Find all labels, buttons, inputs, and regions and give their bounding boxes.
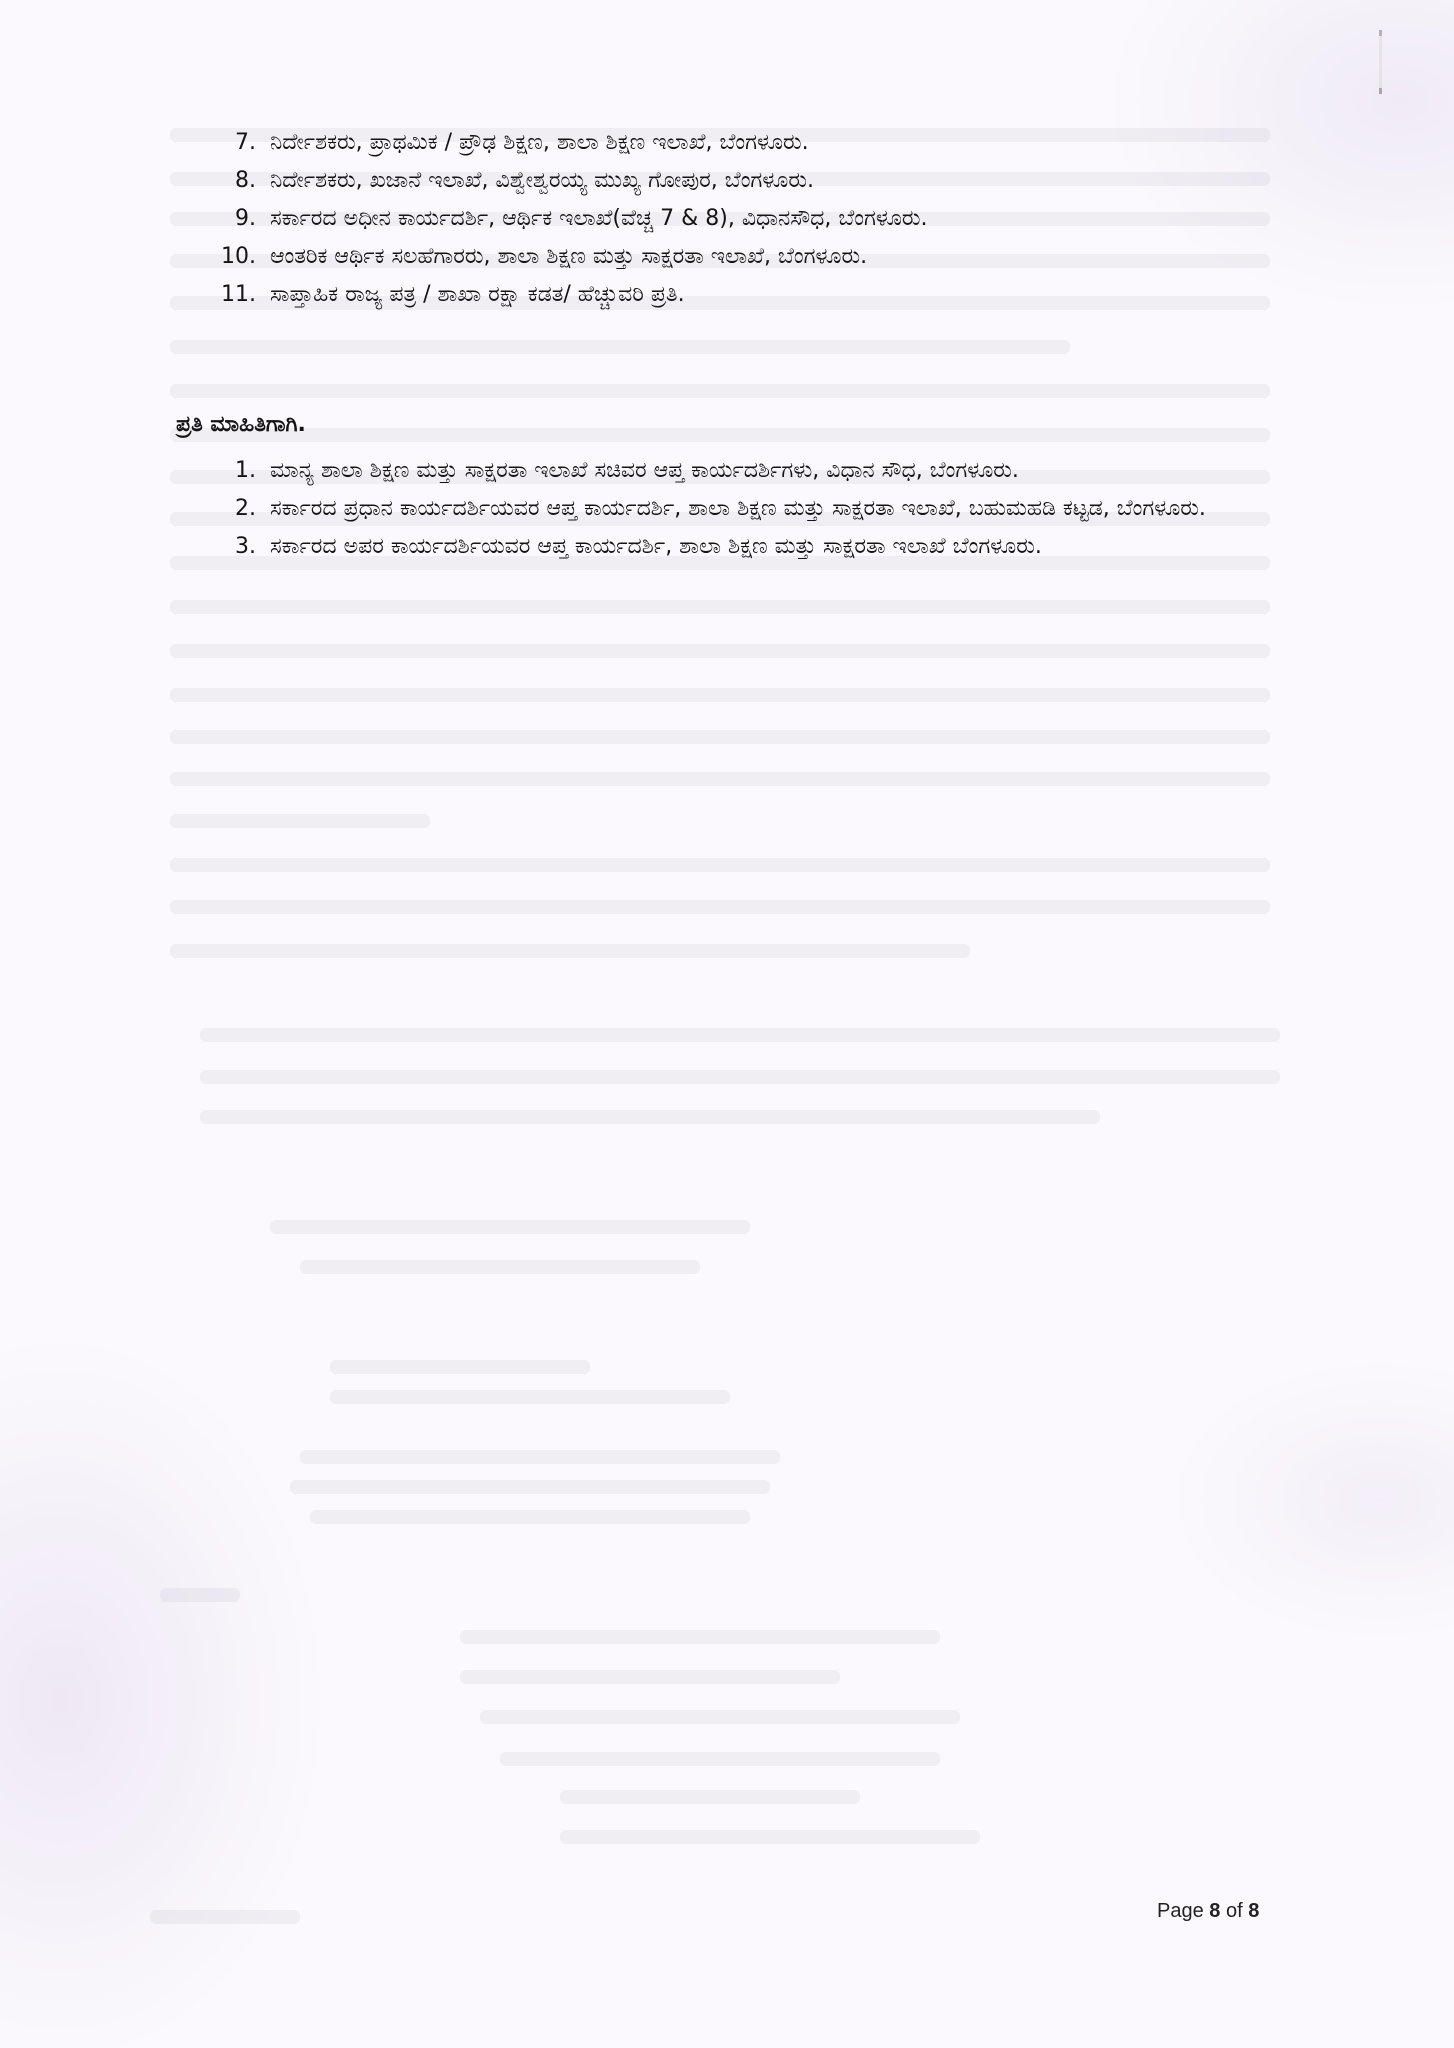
bleed-line [170,858,1270,872]
item-text: ಮಾನ್ಯ ಶಾಲಾ ಶಿಕ್ಷಣ ಮತ್ತು ಸಾಕ್ಷರತಾ ಇಲಾಖೆ ಸ… [270,452,1280,490]
item-number: 9. [220,200,256,238]
bleed-line [170,730,1270,744]
bleed-line [560,1830,980,1844]
bleed-line [200,1110,1100,1124]
bleed-line [170,688,1270,702]
bleed-line [270,1220,750,1234]
bleed-line [170,772,1270,786]
list-item: 7. ನಿರ್ದೇಶಕರು, ಪ್ರಾಥಮಿಕ / ಪ್ರೌಢ ಶಿಕ್ಷಣ, … [220,124,1280,162]
page-total: 8 [1248,1900,1259,1922]
of-label: of [1226,1900,1243,1922]
bleed-line [160,1588,240,1602]
bleed-line [150,1910,300,1924]
item-number: 3. [220,528,256,566]
bleed-line [170,340,1070,354]
list-item: 3. ಸರ್ಕಾರದ ಅಪರ ಕಾರ್ಯದರ್ಶಿಯವರ ಆಪ್ತ ಕಾರ್ಯದ… [220,528,1280,566]
bleed-line [170,644,1270,658]
bleed-line [170,900,1270,914]
item-text: ಸರ್ಕಾರದ ಅಧೀನ ಕಾರ್ಯದರ್ಶಿ, ಆರ್ಥಿಕ ಇಲಾಖೆ(ವೆ… [270,200,1280,238]
list-item: 9. ಸರ್ಕಾರದ ಅಧೀನ ಕಾರ್ಯದರ್ಶಿ, ಆರ್ಥಿಕ ಇಲಾಖೆ… [220,200,1280,238]
bleed-line [460,1670,840,1684]
list-item: 1. ಮಾನ್ಯ ಶಾಲಾ ಶಿಕ್ಷಣ ಮತ್ತು ಸಾಕ್ಷರತಾ ಇಲಾಖ… [220,452,1280,490]
page-label: Page [1157,1900,1204,1922]
bleed-line [170,814,430,828]
bleed-line [170,384,1270,398]
bleed-line [170,944,970,958]
recipient-list: 7. ನಿರ್ದೇಶಕರು, ಪ್ರಾಥಮಿಕ / ಪ್ರೌಢ ಶಿಕ್ಷಣ, … [220,124,1280,314]
item-text: ನಿರ್ದೇಶಕರು, ಪ್ರಾಥಮಿಕ / ಪ್ರೌಢ ಶಿಕ್ಷಣ, ಶಾಲ… [270,124,1280,162]
bleed-line [300,1450,780,1464]
bleed-line [500,1752,940,1766]
item-number: 8. [220,162,256,200]
item-number: 2. [220,490,256,528]
item-number: 11. [220,276,256,314]
bleed-line [480,1710,960,1724]
information-copy-list: 1. ಮಾನ್ಯ ಶಾಲಾ ಶಿಕ್ಷಣ ಮತ್ತು ಸಾಕ್ಷರತಾ ಇಲಾಖ… [220,452,1280,566]
bleed-line [200,1028,1280,1042]
bleed-line [310,1510,750,1524]
bleed-line [170,600,1270,614]
item-text: ಆಂತರಿಕ ಆರ್ಥಿಕ ಸಲಹೆಗಾರರು, ಶಾಲಾ ಶಿಕ್ಷಣ ಮತ್… [270,238,1280,276]
list-item: 10. ಆಂತರಿಕ ಆರ್ಥಿಕ ಸಲಹೆಗಾರರು, ಶಾಲಾ ಶಿಕ್ಷಣ… [220,238,1280,276]
copy-for-information-heading: ಪ್ರತಿ ಮಾಹಿತಿಗಾಗಿ. [176,412,306,437]
bleed-line [300,1260,700,1274]
bleed-line [560,1790,860,1804]
bleed-line [460,1630,940,1644]
list-item: 2. ಸರ್ಕಾರದ ಪ್ರಧಾನ ಕಾರ್ಯದರ್ಶಿಯವರ ಆಪ್ತ ಕಾರ… [220,490,1280,528]
bleed-line [330,1360,590,1374]
list-item: 8. ನಿರ್ದೇಶಕರು, ಖಜಾನೆ ಇಲಾಖೆ, ವಿಶ್ವೇಶ್ವರಯ್… [220,162,1280,200]
list-item: 11. ಸಾಪ್ತಾಹಿಕ ರಾಜ್ಯ ಪತ್ರ / ಶಾಖಾ ರಕ್ಷಾ ಕಡ… [220,276,1280,314]
item-number: 10. [220,238,256,276]
item-text: ಸಾಪ್ತಾಹಿಕ ರಾಜ್ಯ ಪತ್ರ / ಶಾಖಾ ರಕ್ಷಾ ಕಡತ/ ಹ… [270,276,1280,314]
page-current: 8 [1209,1900,1220,1922]
item-text: ಸರ್ಕಾರದ ಪ್ರಧಾನ ಕಾರ್ಯದರ್ಶಿಯವರ ಆಪ್ತ ಕಾರ್ಯದ… [270,490,1280,528]
item-number: 7. [220,124,256,162]
staple-mark [1379,30,1382,94]
bleed-line [170,428,1270,442]
item-text: ಸರ್ಕಾರದ ಅಪರ ಕಾರ್ಯದರ್ಶಿಯವರ ಆಪ್ತ ಕಾರ್ಯದರ್ಶ… [270,528,1280,566]
bleed-line [200,1070,1280,1084]
bleed-line [290,1480,770,1494]
bleed-line [330,1390,730,1404]
item-number: 1. [220,452,256,490]
page-number: Page 8 of 8 [1157,1900,1259,1923]
document-page: 7. ನಿರ್ದೇಶಕರು, ಪ್ರಾಥಮಿಕ / ಪ್ರೌಢ ಶಿಕ್ಷಣ, … [0,0,1454,2048]
item-text: ನಿರ್ದೇಶಕರು, ಖಜಾನೆ ಇಲಾಖೆ, ವಿಶ್ವೇಶ್ವರಯ್ಯ ಮ… [270,162,1280,200]
